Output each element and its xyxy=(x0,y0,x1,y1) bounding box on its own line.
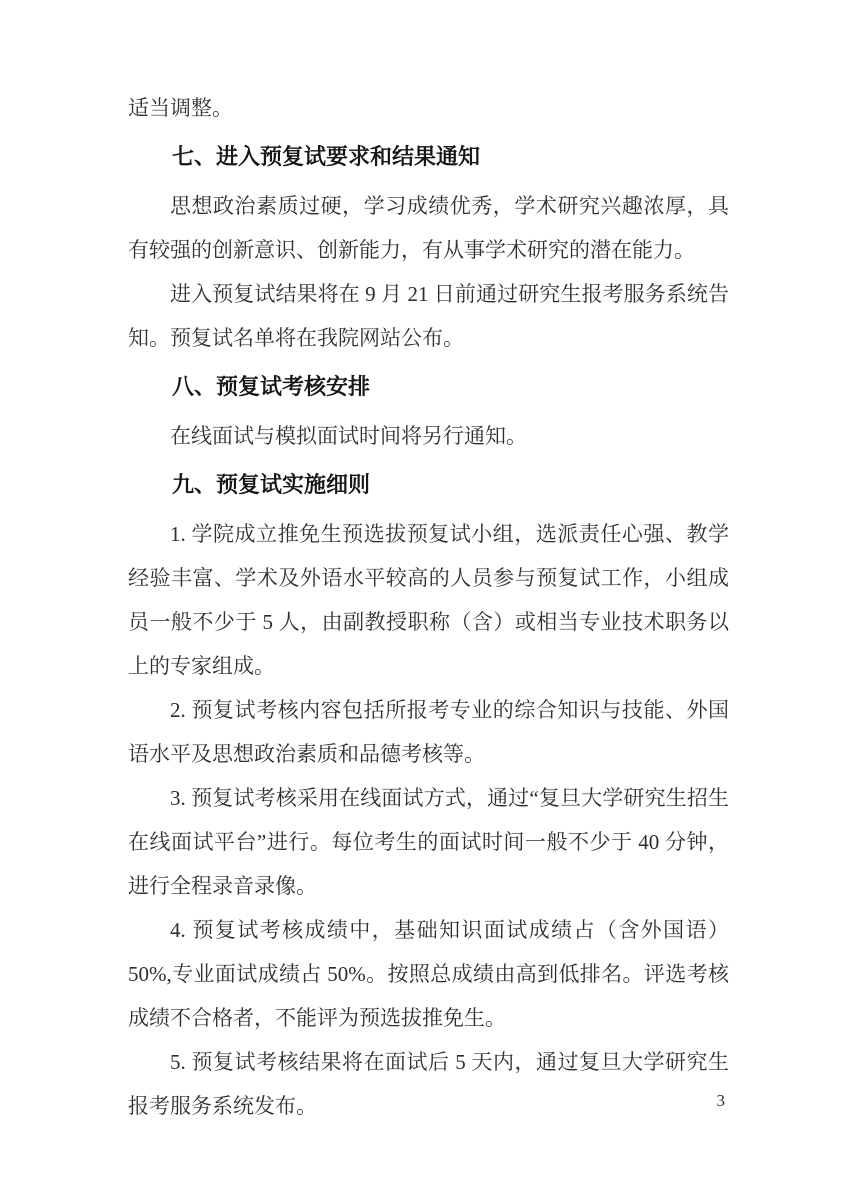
paragraph-section-7-requirements: 思想政治素质过硬，学习成绩优秀，学术研究兴趣浓厚，具有较强的创新意识、创新能力，… xyxy=(128,184,729,272)
list-item-1: 1. 学院成立推免生预选拔预复试小组，选派责任心强、教学经验丰富、学术及外语水平… xyxy=(128,512,729,688)
page-number: 3 xyxy=(717,1090,726,1112)
heading-section-8: 八、预复试考核安排 xyxy=(128,365,729,409)
heading-section-9: 九、预复试实施细则 xyxy=(128,463,729,507)
paragraph-section-7-notification: 进入预复试结果将在 9 月 21 日前通过研究生报考服务系统告知。预复试名单将在… xyxy=(128,272,729,360)
document-page: 适当调整。 七、进入预复试要求和结果通知 思想政治素质过硬，学习成绩优秀，学术研… xyxy=(0,0,849,1200)
list-item-3: 3. 预复试考核采用在线面试方式，通过“复旦大学研究生招生在线面试平台”进行。每… xyxy=(128,776,729,908)
list-item-2: 2. 预复试考核内容包括所报考专业的综合知识与技能、外国语水平及思想政治素质和品… xyxy=(128,688,729,776)
list-item-4: 4. 预复试考核成绩中，基础知识面试成绩占（含外国语）50%,专业面试成绩占 5… xyxy=(128,908,729,1040)
list-item-5: 5. 预复试考核结果将在面试后 5 天内，通过复旦大学研究生报考服务系统发布。 xyxy=(128,1040,729,1128)
heading-section-7: 七、进入预复试要求和结果通知 xyxy=(128,135,729,179)
paragraph-section-8-schedule: 在线面试与模拟面试时间将另行通知。 xyxy=(128,414,729,458)
paragraph-continuation: 适当调整。 xyxy=(128,86,729,130)
page-content: 适当调整。 七、进入预复试要求和结果通知 思想政治素质过硬，学习成绩优秀，学术研… xyxy=(128,86,729,1128)
